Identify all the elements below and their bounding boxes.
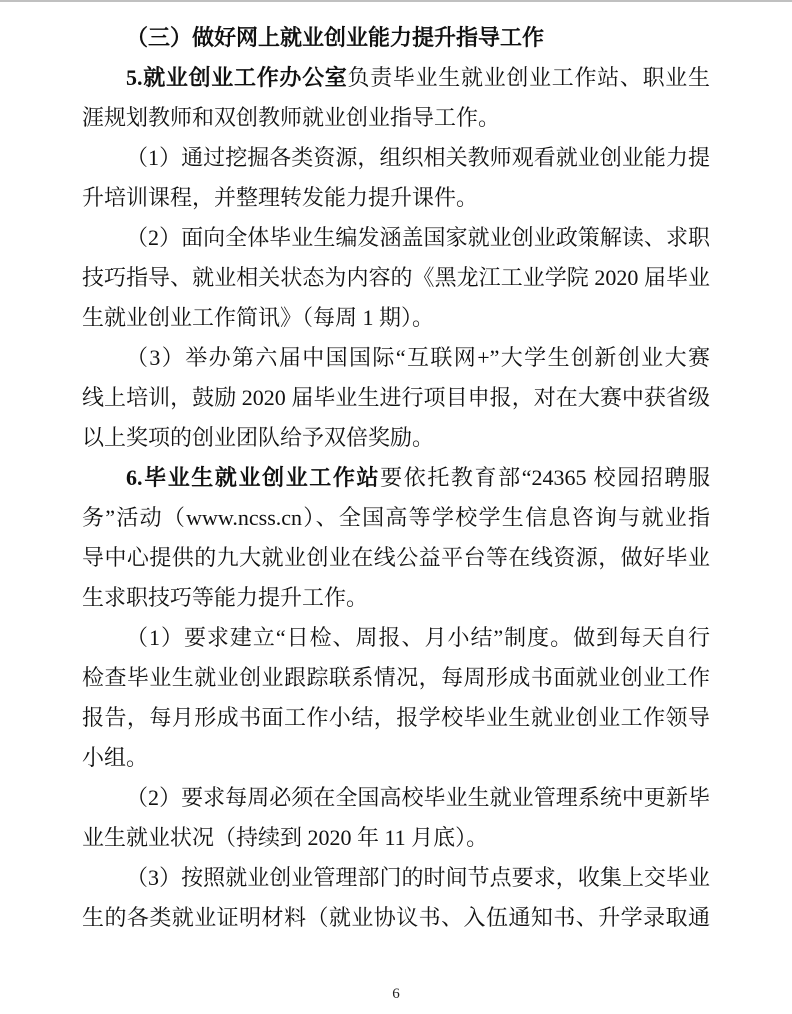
page-top-divider <box>0 0 792 2</box>
text-line: 生求职技巧等能力提升工作。 <box>82 578 710 618</box>
text-segment: 生就业创业工作简讯》（每周 1 期）。 <box>82 305 434 330</box>
text-segment: （3）按照就业创业管理部门的时间节点要求，收集上交毕业 <box>126 865 710 890</box>
text-segment-bold: 5.就业创业工作办公室 <box>126 65 348 90</box>
text-line: 技巧指导、就业相关状态为内容的《黑龙江工业学院 2020 届毕业 <box>82 258 710 298</box>
text-segment: 以上奖项的创业团队给予双倍奖励。 <box>82 425 434 450</box>
text-segment: 生的各类就业证明材料（就业协议书、入伍通知书、升学录取通 <box>82 905 710 930</box>
text-segment: 小组。 <box>82 745 148 770</box>
text-line: （2）面向全体毕业生编发涵盖国家就业创业政策解读、求职 <box>82 218 710 258</box>
text-line: （3）举办第六届中国国际“互联网+”大学生创新创业大赛 <box>82 338 710 378</box>
page-number: 6 <box>0 984 792 1004</box>
text-segment: 涯规划教师和双创教师就业创业指导工作。 <box>82 105 500 130</box>
text-line: 报告，每月形成书面工作小结，报学校毕业生就业创业工作领导 <box>82 698 710 738</box>
text-line: 小组。 <box>82 738 710 778</box>
text-line: 线上培训，鼓励 2020 届毕业生进行项目申报，对在大赛中获省级 <box>82 378 710 418</box>
text-line: 5.就业创业工作办公室负责毕业生就业创业工作站、职业生 <box>82 58 710 98</box>
text-line: 务”活动（www.ncss.cn）、全国高等学校学生信息咨询与就业指 <box>82 498 710 538</box>
text-segment: 务”活动（www.ncss.cn）、全国高等学校学生信息咨询与就业指 <box>82 505 710 530</box>
text-line: 业生就业状况（持续到 2020 年 11 月底）。 <box>82 818 710 858</box>
text-segment: （2）要求每周必须在全国高校毕业生就业管理系统中更新毕 <box>126 785 710 810</box>
text-segment: 升培训课程，并整理转发能力提升课件。 <box>82 185 478 210</box>
text-segment-bold: 6.毕业生就业创业工作站 <box>126 465 380 490</box>
document-text-body: （三）做好网上就业创业能力提升指导工作5.就业创业工作办公室负责毕业生就业创业工… <box>82 18 710 938</box>
text-segment: （1）通过挖掘各类资源，组织相关教师观看就业创业能力提 <box>126 145 710 170</box>
text-segment: 报告，每月形成书面工作小结，报学校毕业生就业创业工作领导 <box>82 705 710 730</box>
text-segment: 业生就业状况（持续到 2020 年 11 月底）。 <box>82 825 488 850</box>
text-segment: 负责毕业生就业创业工作站、职业生 <box>348 65 710 90</box>
text-segment: 检查毕业生就业创业跟踪联系情况，每周形成书面就业创业工作 <box>82 665 710 690</box>
text-line: 检查毕业生就业创业跟踪联系情况，每周形成书面就业创业工作 <box>82 658 710 698</box>
text-line: 导中心提供的九大就业创业在线公益平台等在线资源，做好毕业 <box>82 538 710 578</box>
text-line: 涯规划教师和双创教师就业创业指导工作。 <box>82 98 710 138</box>
document-page: { "page": { "number": "6", "background":… <box>0 0 792 1014</box>
text-segment: （1）要求建立“日检、周报、月小结”制度。做到每天自行 <box>126 625 710 650</box>
text-line: 以上奖项的创业团队给予双倍奖励。 <box>82 418 710 458</box>
text-line: （3）按照就业创业管理部门的时间节点要求，收集上交毕业 <box>82 858 710 898</box>
text-line: （三）做好网上就业创业能力提升指导工作 <box>82 18 710 58</box>
text-line: 升培训课程，并整理转发能力提升课件。 <box>82 178 710 218</box>
text-segment: （3）举办第六届中国国际“互联网+”大学生创新创业大赛 <box>126 345 710 370</box>
text-line: （2）要求每周必须在全国高校毕业生就业管理系统中更新毕 <box>82 778 710 818</box>
text-line: 生的各类就业证明材料（就业协议书、入伍通知书、升学录取通 <box>82 898 710 938</box>
text-segment: （2）面向全体毕业生编发涵盖国家就业创业政策解读、求职 <box>126 225 710 250</box>
text-segment: 生求职技巧等能力提升工作。 <box>82 585 368 610</box>
text-line: （1）通过挖掘各类资源，组织相关教师观看就业创业能力提 <box>82 138 710 178</box>
text-line: 生就业创业工作简讯》（每周 1 期）。 <box>82 298 710 338</box>
text-segment-bold: （三）做好网上就业创业能力提升指导工作 <box>126 25 544 50</box>
text-segment: 要依托教育部“24365 校园招聘服 <box>380 465 710 490</box>
text-segment: 导中心提供的九大就业创业在线公益平台等在线资源，做好毕业 <box>82 545 710 570</box>
text-segment: 线上培训，鼓励 2020 届毕业生进行项目申报，对在大赛中获省级 <box>82 385 710 410</box>
text-line: 6.毕业生就业创业工作站要依托教育部“24365 校园招聘服 <box>82 458 710 498</box>
text-segment: 技巧指导、就业相关状态为内容的《黑龙江工业学院 2020 届毕业 <box>82 265 710 290</box>
text-line: （1）要求建立“日检、周报、月小结”制度。做到每天自行 <box>82 618 710 658</box>
